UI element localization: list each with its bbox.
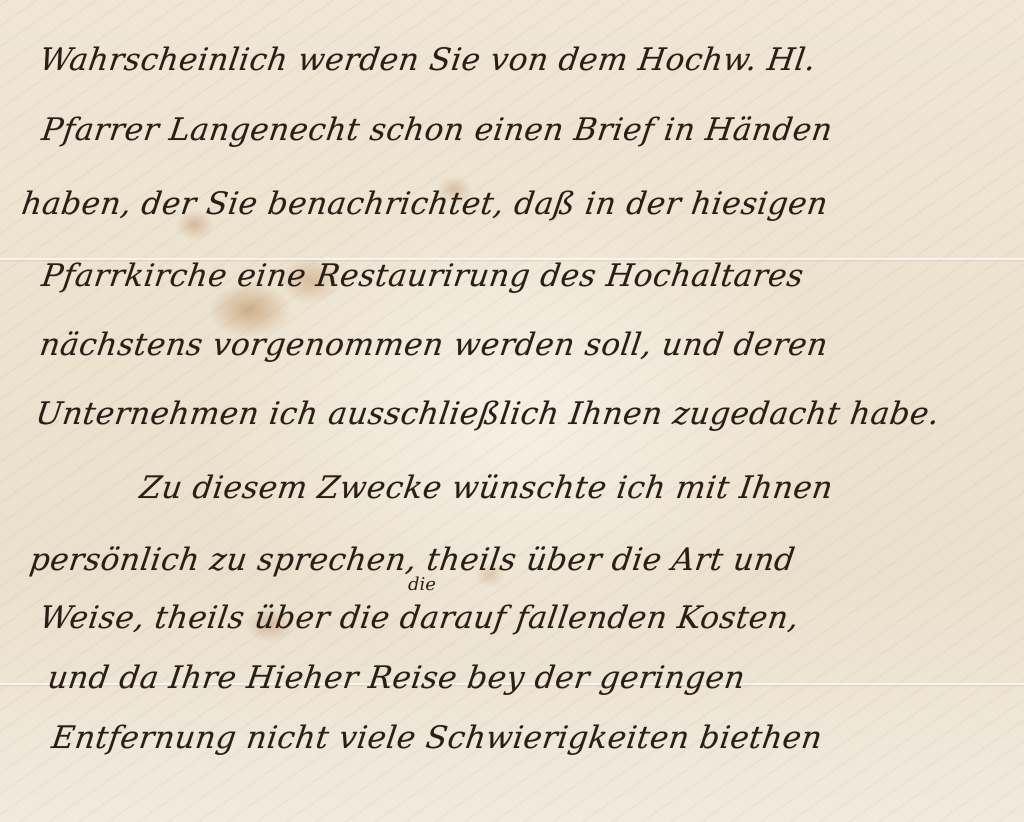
letter-line: haben, der Sie benachrichtet, daß in der… [19,186,830,222]
letter-line: persönlich zu sprechen, theils über die … [27,542,797,578]
letter-line: Pfarrkirche eine Restaurirung des Hochal… [39,258,806,294]
handwritten-letter: Wahrscheinlich werden Sie von dem Hochw.… [0,0,1024,822]
letter-line: Weise, theils über die darauf fallenden … [37,600,801,636]
letter-line: Wahrscheinlich werden Sie von dem Hochw.… [37,42,818,78]
interlinear-insertion: die [408,574,436,595]
letter-line: und da Ihre Hieher Reise bey der geringe… [45,660,747,696]
letter-line: Zu diesem Zwecke wünschte ich mit Ihnen [137,470,835,506]
letter-line: Entfernung nicht viele Schwierigkeiten b… [49,720,824,756]
letter-line: nächstens vorgenommen werden soll, und d… [37,327,830,363]
letter-line: Pfarrer Langenecht schon einen Brief in … [39,112,834,148]
letter-line: Unternehmen ich ausschließlich Ihnen zug… [33,396,941,432]
